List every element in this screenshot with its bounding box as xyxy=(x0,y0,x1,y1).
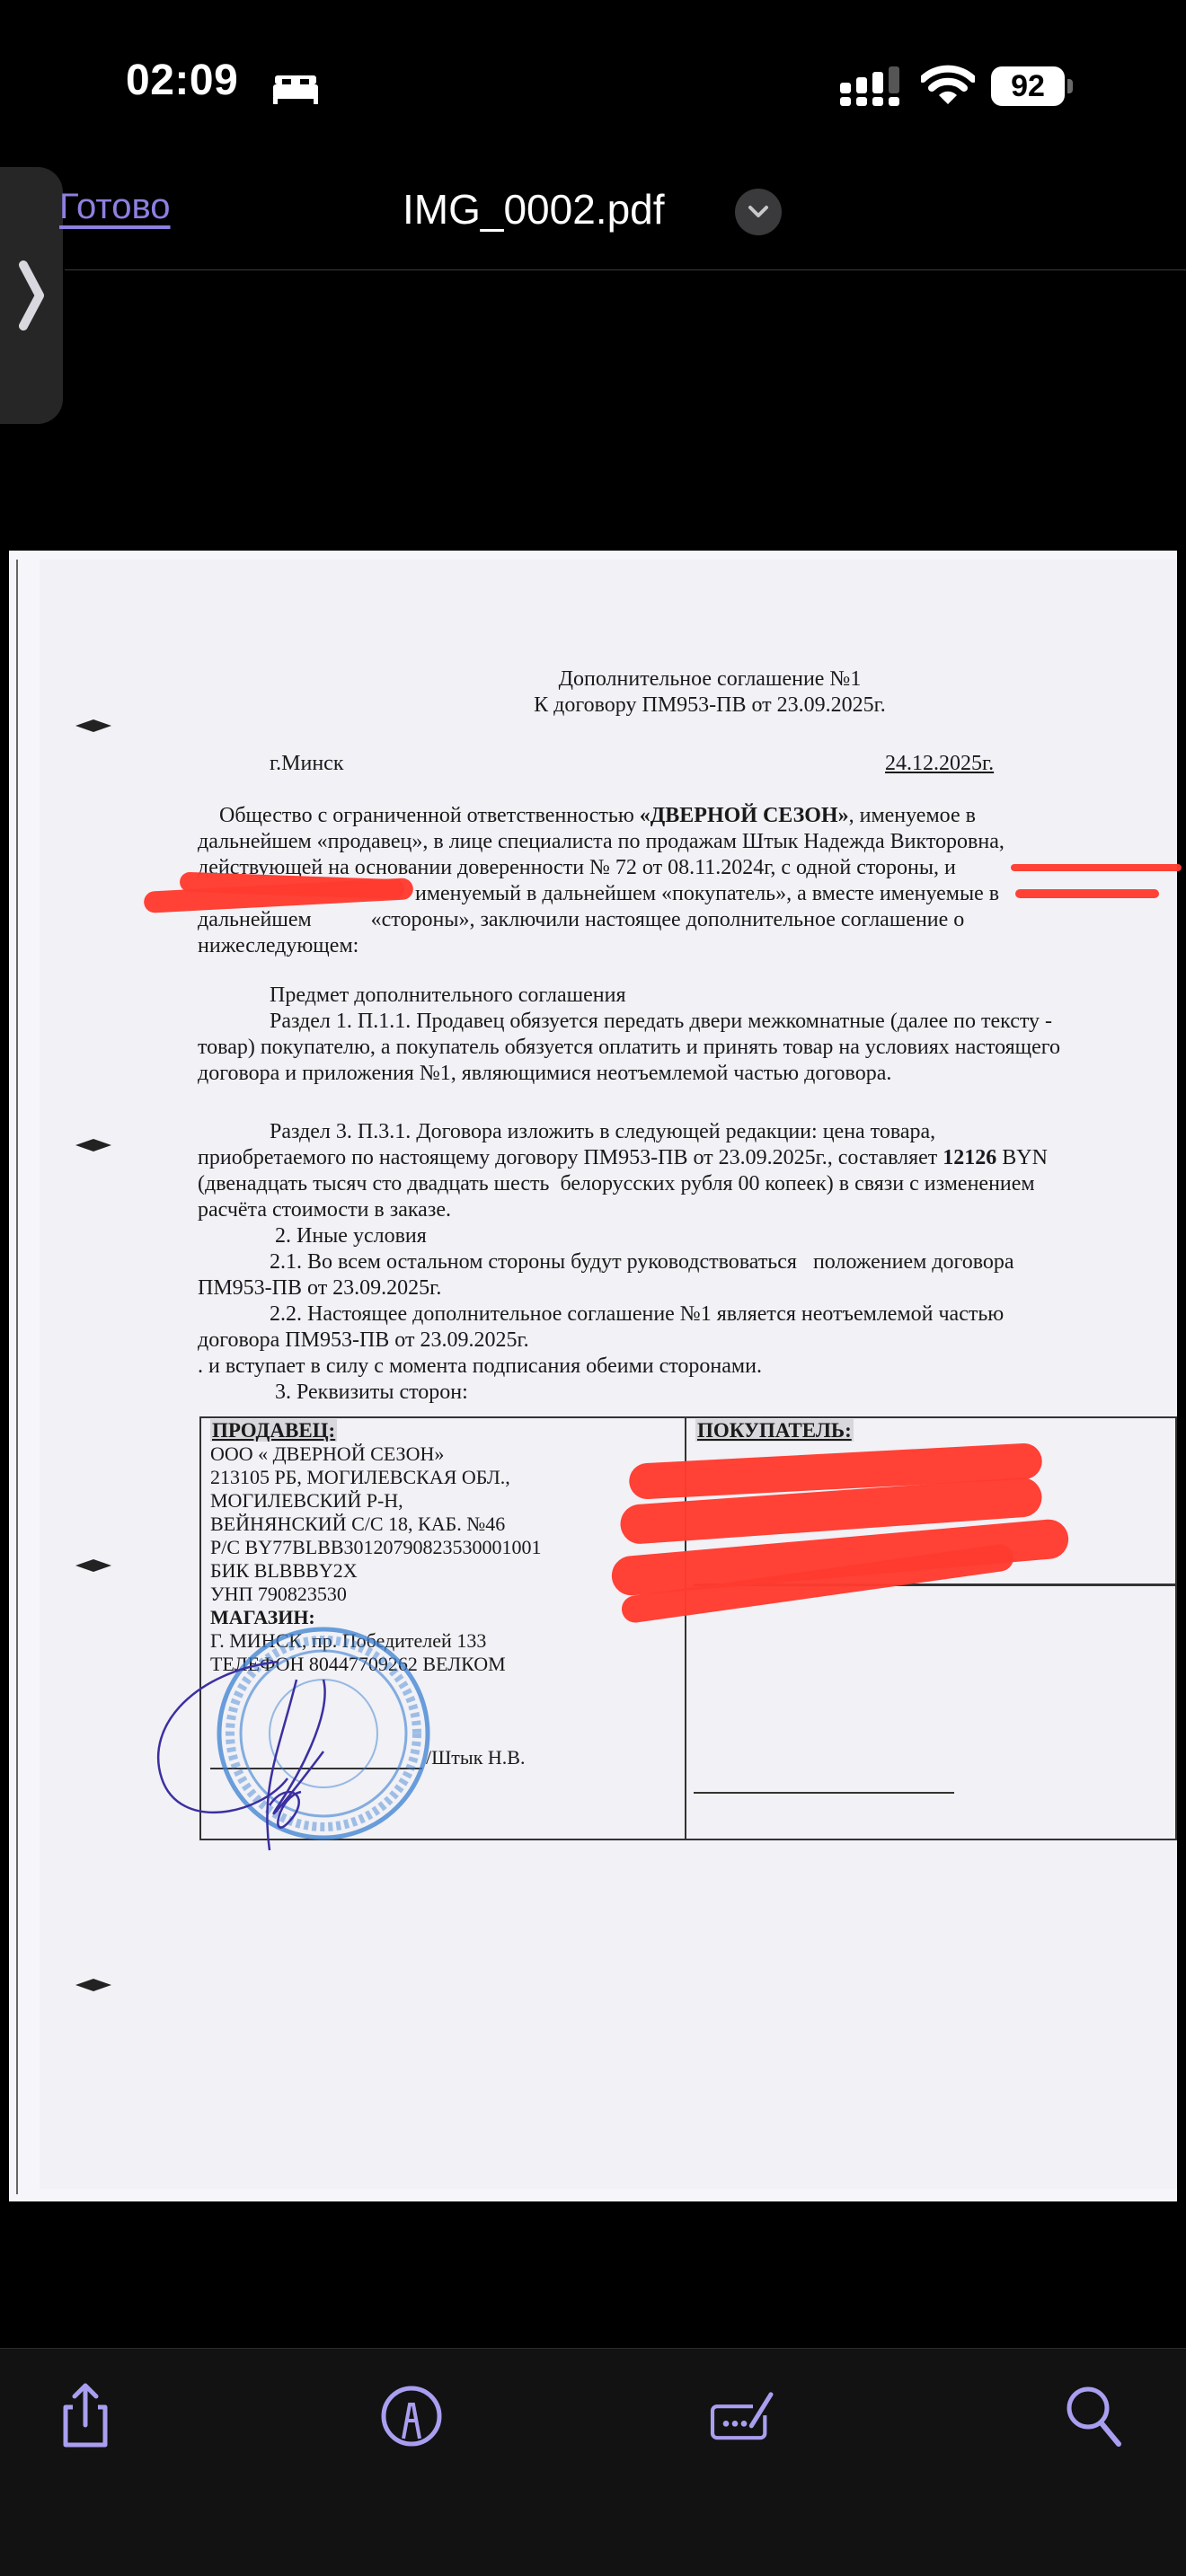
search-button[interactable] xyxy=(1058,2380,1130,2452)
punch-hole-mark xyxy=(75,1979,111,1991)
seller-signature-name: /Штык Н.В. xyxy=(426,1746,525,1769)
chevron-right-icon xyxy=(18,260,45,331)
fill-and-sign-icon xyxy=(708,2385,780,2448)
wifi-icon xyxy=(921,65,975,106)
punch-hole-mark xyxy=(75,719,111,732)
subject-heading: Предмет дополнительного соглашения xyxy=(198,983,1150,1009)
requisites-heading: 3. Реквизиты сторон: xyxy=(198,1380,1150,1406)
buyer-header: ПОКУПАТЕЛЬ: xyxy=(695,1419,854,1442)
intro-line: нижеследующем: xyxy=(198,933,1150,959)
section3-line: приобретаемого по настоящему договору ПМ… xyxy=(198,1146,943,1169)
other-terms-heading: 2. Иные условия xyxy=(198,1223,1150,1249)
cellular-signal-icon xyxy=(840,66,903,106)
buyer-signature-line xyxy=(694,1792,954,1794)
clause-2-1: 2.1. Во всем остальном стороны будут рук… xyxy=(198,1249,1150,1275)
seller-line: ВЕЙНЯНСКИЙ С/С 18, КАБ. №46 xyxy=(210,1513,677,1536)
document-title: Дополнительное соглашение №1 К договору … xyxy=(270,666,1150,719)
price-value: 12126 xyxy=(943,1146,996,1169)
company-name: «ДВЕРНОЙ СЕЗОН» xyxy=(640,804,849,827)
seller-line: Р/С BY77BLBB30120790823530001001 xyxy=(210,1536,677,1559)
seller-line: 213105 РБ, МОГИЛЕВСКАЯ ОБЛ., xyxy=(210,1466,677,1489)
status-time: 02:09 xyxy=(126,56,238,105)
done-button[interactable]: Готово xyxy=(59,187,171,227)
share-button[interactable] xyxy=(49,2380,121,2452)
title-line-2: К договору ПМ953-ПВ от 23.09.2025г. xyxy=(270,693,1150,719)
clause-2-2: . и вступает в силу с момента подписания… xyxy=(198,1354,1150,1380)
clause-2-2: 2.2. Настоящее дополнительное соглашение… xyxy=(198,1301,1150,1328)
document-date: 24.12.2025г. xyxy=(885,751,994,777)
title-line-1: Дополнительное соглашение №1 xyxy=(270,666,1150,693)
file-title[interactable]: IMG_0002.pdf xyxy=(403,185,665,234)
redaction-mark xyxy=(1015,889,1159,898)
fill-sign-button[interactable] xyxy=(708,2380,780,2452)
intro-line: дальнейшем «стороны», заключили настояще… xyxy=(198,907,1150,933)
intro-line: дальнейшем «продавец», в лице специалист… xyxy=(198,829,1150,855)
handwritten-signature xyxy=(144,1644,377,1859)
search-icon xyxy=(1065,2385,1124,2448)
document-city: г.Минск xyxy=(270,751,343,777)
seller-line: ООО « ДВЕРНОЙ СЕЗОН» xyxy=(210,1442,677,1466)
battery-percent: 92 xyxy=(1011,69,1045,104)
clause-2-2: договора ПМ953-ПВ от 23.09.2025г. xyxy=(198,1328,1150,1354)
section3-line: расчёта стоимости в заказе. xyxy=(198,1197,1150,1223)
punch-hole-mark xyxy=(75,1559,111,1572)
title-menu-button[interactable] xyxy=(735,189,782,235)
side-panel-toggle[interactable] xyxy=(0,167,63,424)
seller-line: УНП 790823530 xyxy=(210,1583,677,1606)
seller-line: МОГИЛЕВСКИЙ Р-Н, xyxy=(210,1489,677,1513)
scan-edge xyxy=(16,560,18,2194)
battery-indicator: 92 xyxy=(991,66,1065,106)
intro-rest: , именуемое в xyxy=(849,804,976,827)
seller-line: БИК BLBBBY2X xyxy=(210,1559,677,1583)
section1-line: Раздел 1. П.1.1. Продавец обязуется пере… xyxy=(198,1009,1150,1035)
punch-hole-mark xyxy=(75,1139,111,1151)
bed-icon xyxy=(271,72,320,104)
intro-prefix: Общество с ограниченной ответственностью xyxy=(219,804,640,827)
nav-separator xyxy=(65,269,1186,270)
chevron-down-icon xyxy=(748,205,769,219)
section1-line: договора и приложения №1, являющимися не… xyxy=(198,1061,1150,1087)
price-currency: BYN xyxy=(996,1146,1048,1169)
share-icon xyxy=(57,2382,114,2450)
markup-pen-icon xyxy=(380,2385,443,2448)
battery-cap xyxy=(1067,79,1073,93)
section-1: Предмет дополнительного соглашения Разде… xyxy=(198,983,1150,1087)
section3-line: (двенадцать тысяч сто двадцать шесть бел… xyxy=(198,1171,1150,1197)
section3-line: Раздел 3. П.3.1. Договора изложить в сле… xyxy=(198,1119,1150,1145)
bottom-toolbar xyxy=(0,2348,1186,2576)
clause-2-1: ПМ953-ПВ от 23.09.2025г. xyxy=(198,1275,1150,1301)
seller-header: ПРОДАВЕЦ: xyxy=(210,1419,337,1442)
markup-button[interactable] xyxy=(376,2380,447,2452)
redaction-mark xyxy=(1011,864,1182,871)
section1-line: товар) покупателю, а покупатель обязуетс… xyxy=(198,1035,1150,1061)
section-3: Раздел 3. П.3.1. Договора изложить в сле… xyxy=(198,1119,1150,1406)
buyer-cell: ПОКУПАТЕЛЬ: xyxy=(695,1419,1163,1442)
